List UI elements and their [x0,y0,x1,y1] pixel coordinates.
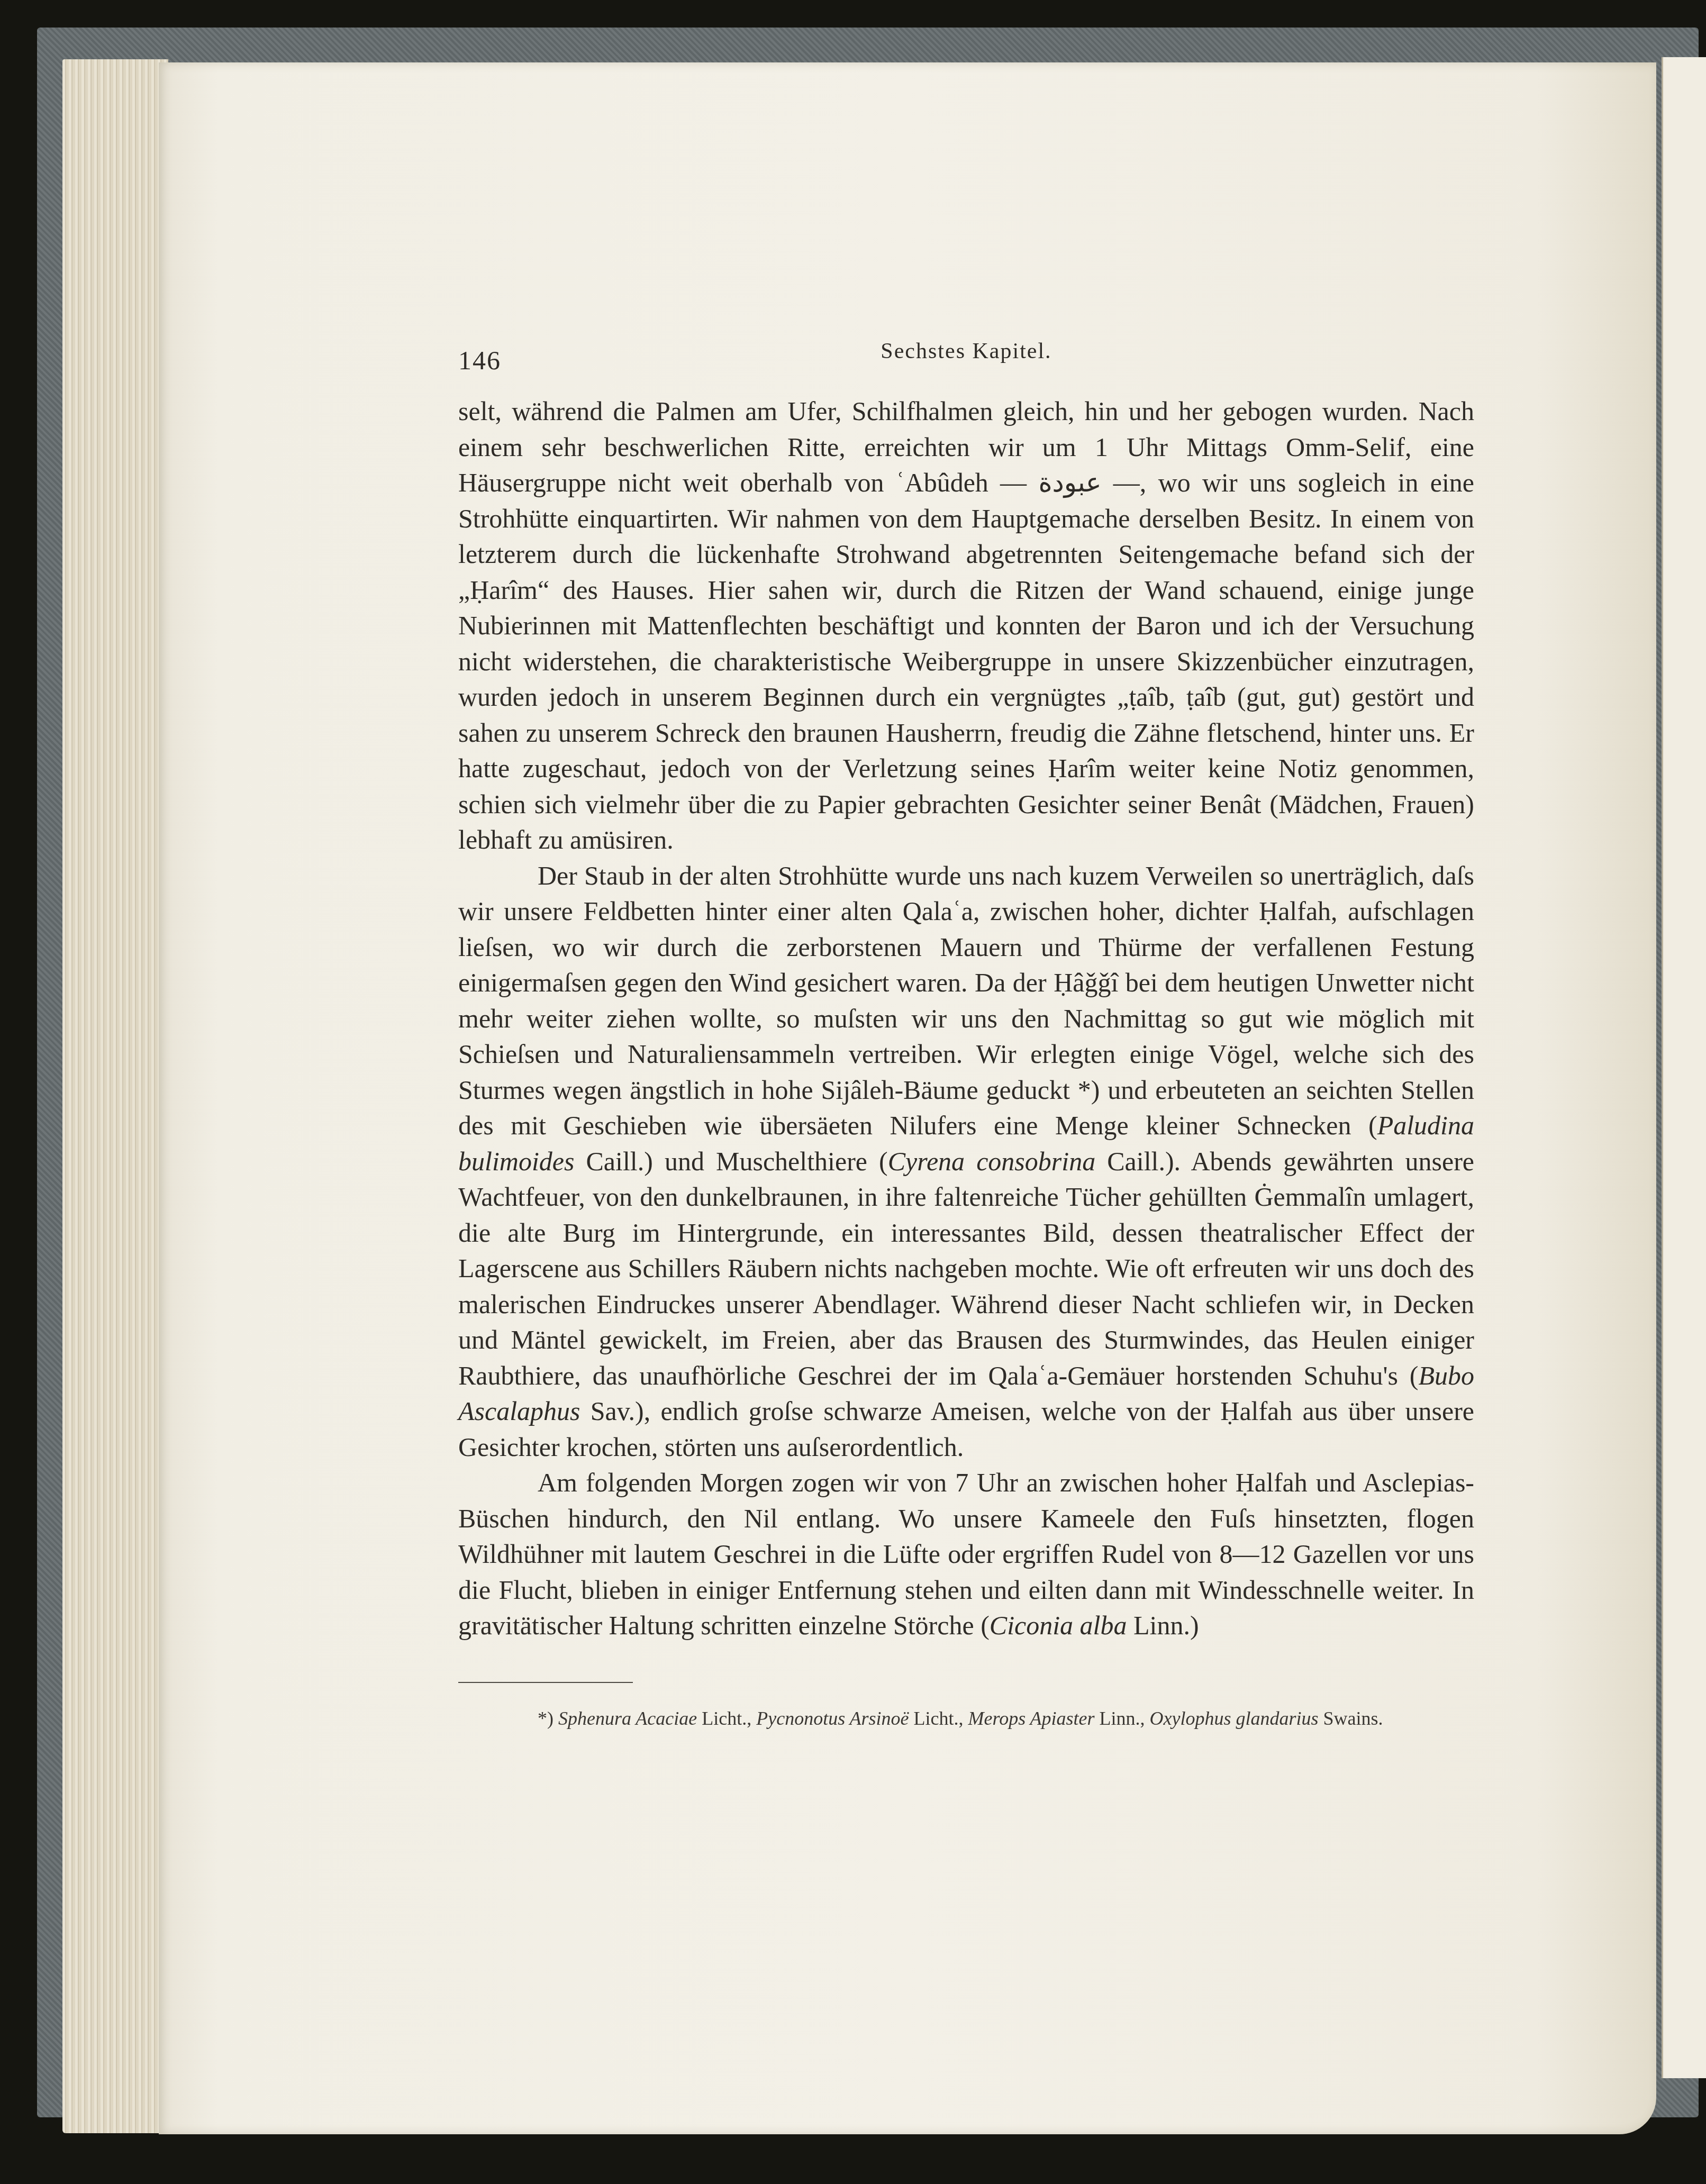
species-name: Merops Apiaster [968,1708,1095,1729]
text-run: Sav.), endlich groſse schwarze Ameisen, … [458,1396,1474,1462]
species-name: Pycnonotus Arsinoë [756,1708,909,1729]
text-run: Linn.) [1127,1610,1199,1640]
chapter-title: Sechstes Kapitel. [458,339,1474,364]
text-block: 146 Sechstes Kapitel. selt, während die … [458,339,1474,1644]
species-name: Oxylophus glandarius [1150,1708,1319,1729]
paragraph-3: Am folgenden Morgen zogen wir von 7 Uhr … [458,1465,1474,1644]
footnote-marker: *) [538,1708,553,1729]
body-text: selt, während die Palmen am Ufer, Schilf… [458,394,1474,1644]
paragraph-2: Der Staub in der alten Strohhütte wurde … [458,858,1474,1466]
page-edges [62,59,168,2133]
footnote-divider [458,1682,633,1683]
footnote: *) Sphenura Acaciae Licht., Pycnonotus A… [458,1704,1474,1733]
paragraph-1: selt, während die Palmen am Ufer, Schilf… [458,394,1474,858]
running-head: 146 Sechstes Kapitel. [458,339,1474,381]
text-run: Der Staub in der alten Strohhütte wurde … [458,861,1474,1141]
text-run: Caill.). Abends gewährten unsere Wachtfe… [458,1146,1474,1390]
text-run: Licht., [697,1708,756,1729]
species-name: Cyrena consobrina [888,1146,1095,1176]
facing-page-edge [1662,57,1706,2078]
text-run: Am folgenden Morgen zogen wir von 7 Uhr … [458,1468,1474,1640]
species-name: Ciconia alba [990,1610,1127,1640]
text-run: Swains. [1319,1708,1383,1729]
text-run: Caill.) und Muschelthiere ( [574,1146,887,1176]
species-name: Sphenura Acaciae [558,1708,697,1729]
text-run: Linn., [1095,1708,1150,1729]
text-run: Licht., [909,1708,968,1729]
footnote-text: Sphenura Acaciae Licht., Pycnonotus Arsi… [558,1708,1383,1729]
